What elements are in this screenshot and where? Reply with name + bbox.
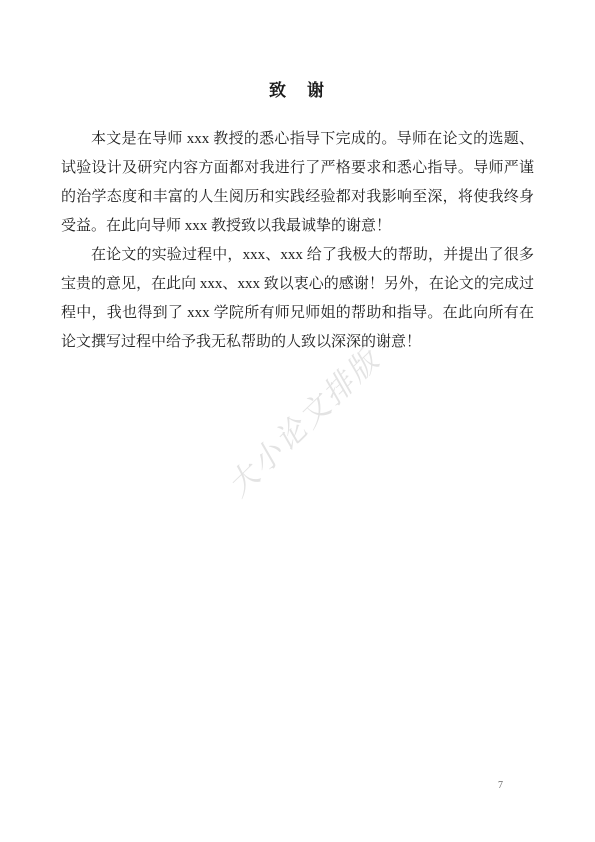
page-title: 致 谢	[61, 76, 534, 101]
document-page: 大小论文排版 致 谢 本文是在导师 xxx 教授的悉心指导下完成的。导师在论文的…	[0, 0, 595, 842]
page-content: 致 谢 本文是在导师 xxx 教授的悉心指导下完成的。导师在论文的选题、试验设计…	[61, 76, 534, 357]
diagonal-watermark: 大小论文排版	[216, 335, 389, 504]
paragraph-2: 在论文的实验过程中，xxx、xxx 给了我极大的帮助，并提出了很多宝贵的意见，在…	[61, 241, 534, 357]
acknowledgement-body: 本文是在导师 xxx 教授的悉心指导下完成的。导师在论文的选题、试验设计及研究内…	[61, 125, 534, 357]
page-number: 7	[498, 780, 503, 791]
paragraph-1: 本文是在导师 xxx 教授的悉心指导下完成的。导师在论文的选题、试验设计及研究内…	[61, 125, 534, 241]
